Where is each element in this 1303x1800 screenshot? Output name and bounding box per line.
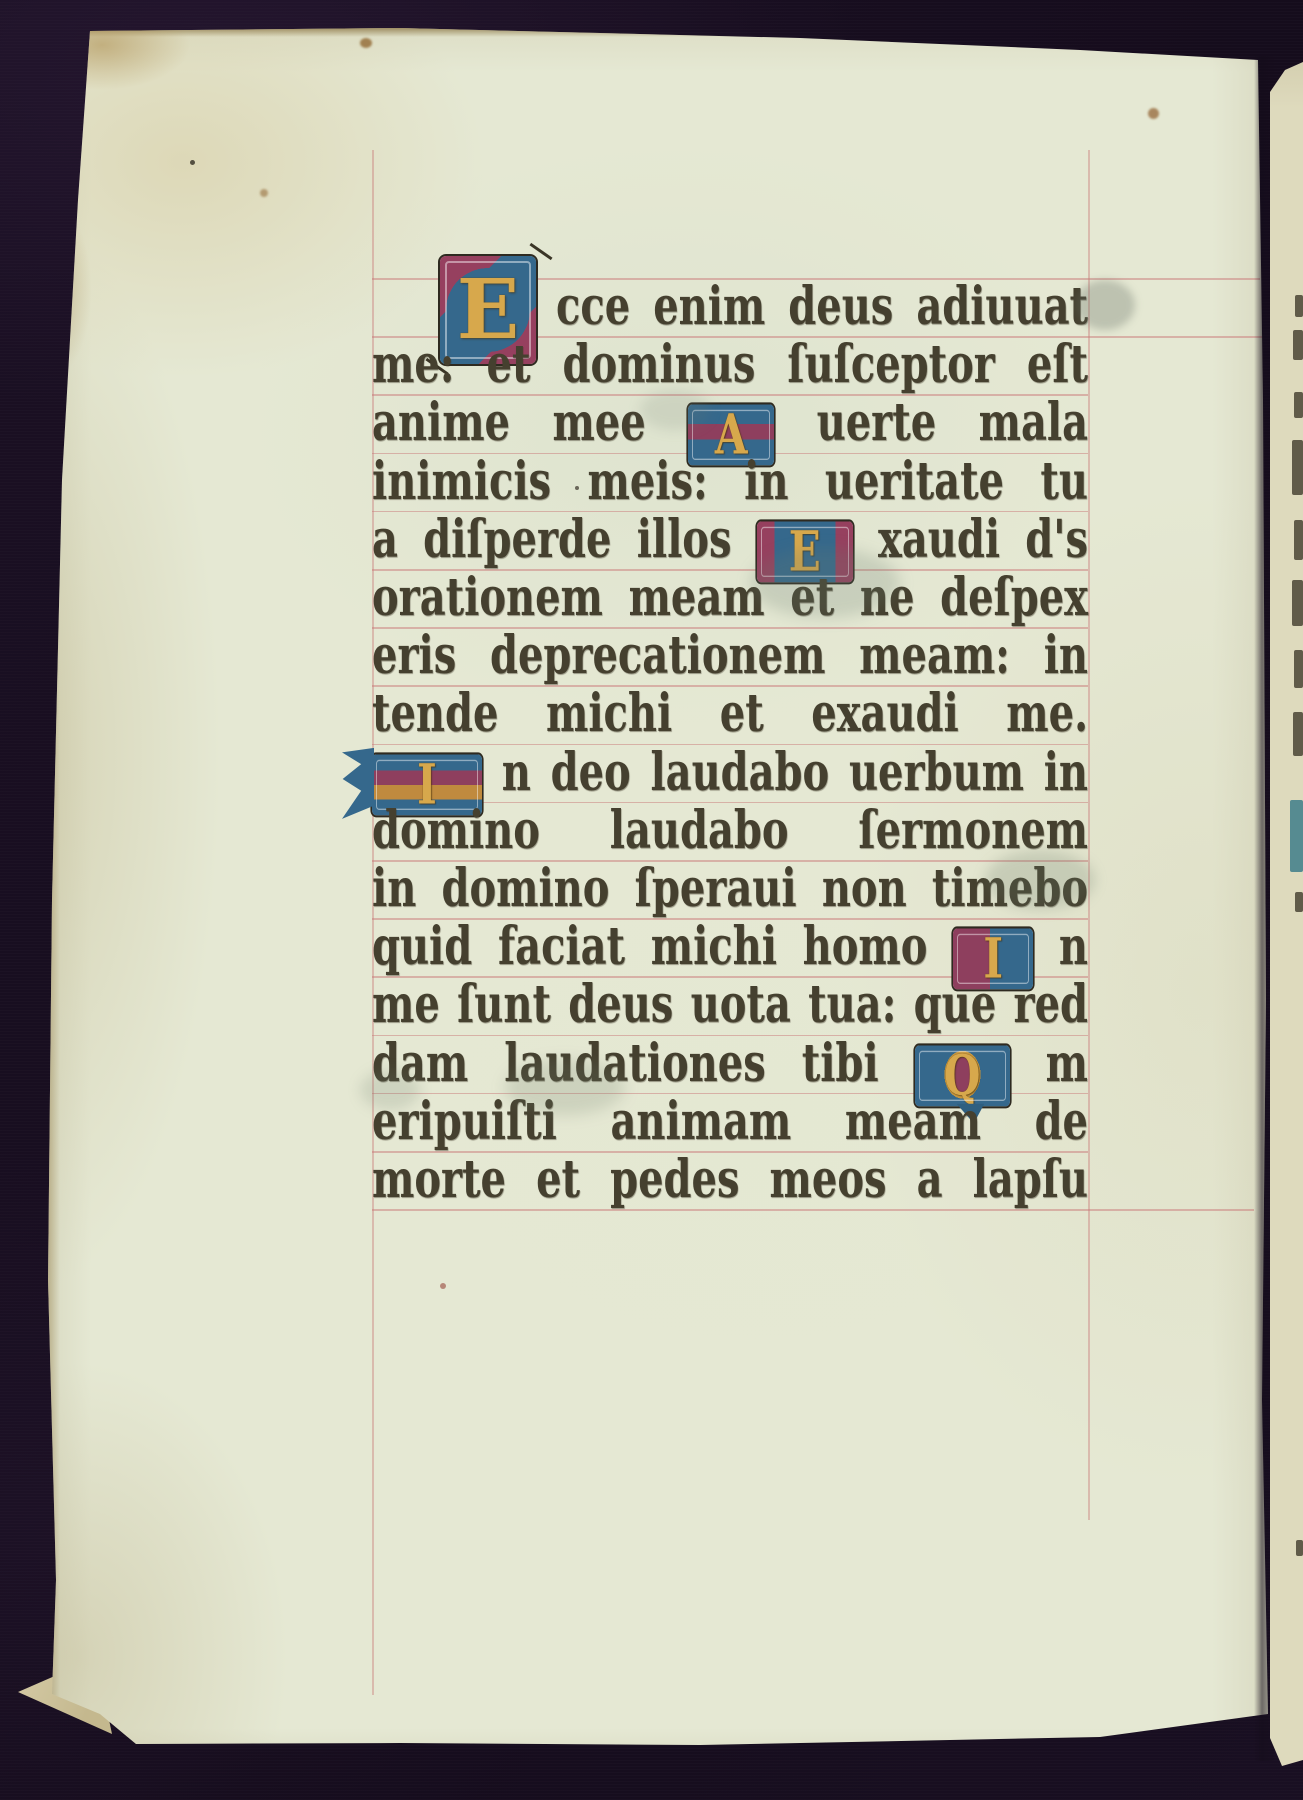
stain [190, 160, 195, 165]
line-text: morte et pedes meos a lapſu [372, 1143, 1088, 1217]
adjacent-page-text-fragment [1292, 580, 1303, 626]
adjacent-page-text-fragment [1296, 1540, 1303, 1556]
stain [360, 38, 372, 48]
manuscript-page: E cce enim deus adiuuatme: et dominus ſu… [0, 0, 1303, 1800]
adjacent-page-text-fragment [1294, 392, 1303, 418]
adjacent-page-text-fragment [1293, 330, 1303, 360]
adjacent-page-text-fragment [1290, 800, 1303, 872]
adjacent-page-text-fragment [1295, 892, 1303, 912]
text-line: morte et pedes meos a lapſu [372, 1143, 1088, 1217]
corner-discoloration [78, 24, 198, 94]
ruling-line-vertical [1088, 150, 1090, 1520]
adjacent-page-text-fragment [1295, 295, 1303, 317]
adjacent-page-text-fragment [1293, 712, 1303, 756]
stain [1148, 108, 1159, 119]
stain [260, 189, 268, 197]
adjacent-page-text-fragment [1292, 440, 1303, 495]
pen-flourish [529, 243, 552, 260]
adjacent-page-text-fragment [1294, 650, 1303, 688]
stain [440, 1283, 446, 1289]
adjacent-page-text-fragment [1294, 520, 1303, 560]
manuscript-photo: E cce enim deus adiuuatme: et dominus ſu… [0, 0, 1303, 1800]
